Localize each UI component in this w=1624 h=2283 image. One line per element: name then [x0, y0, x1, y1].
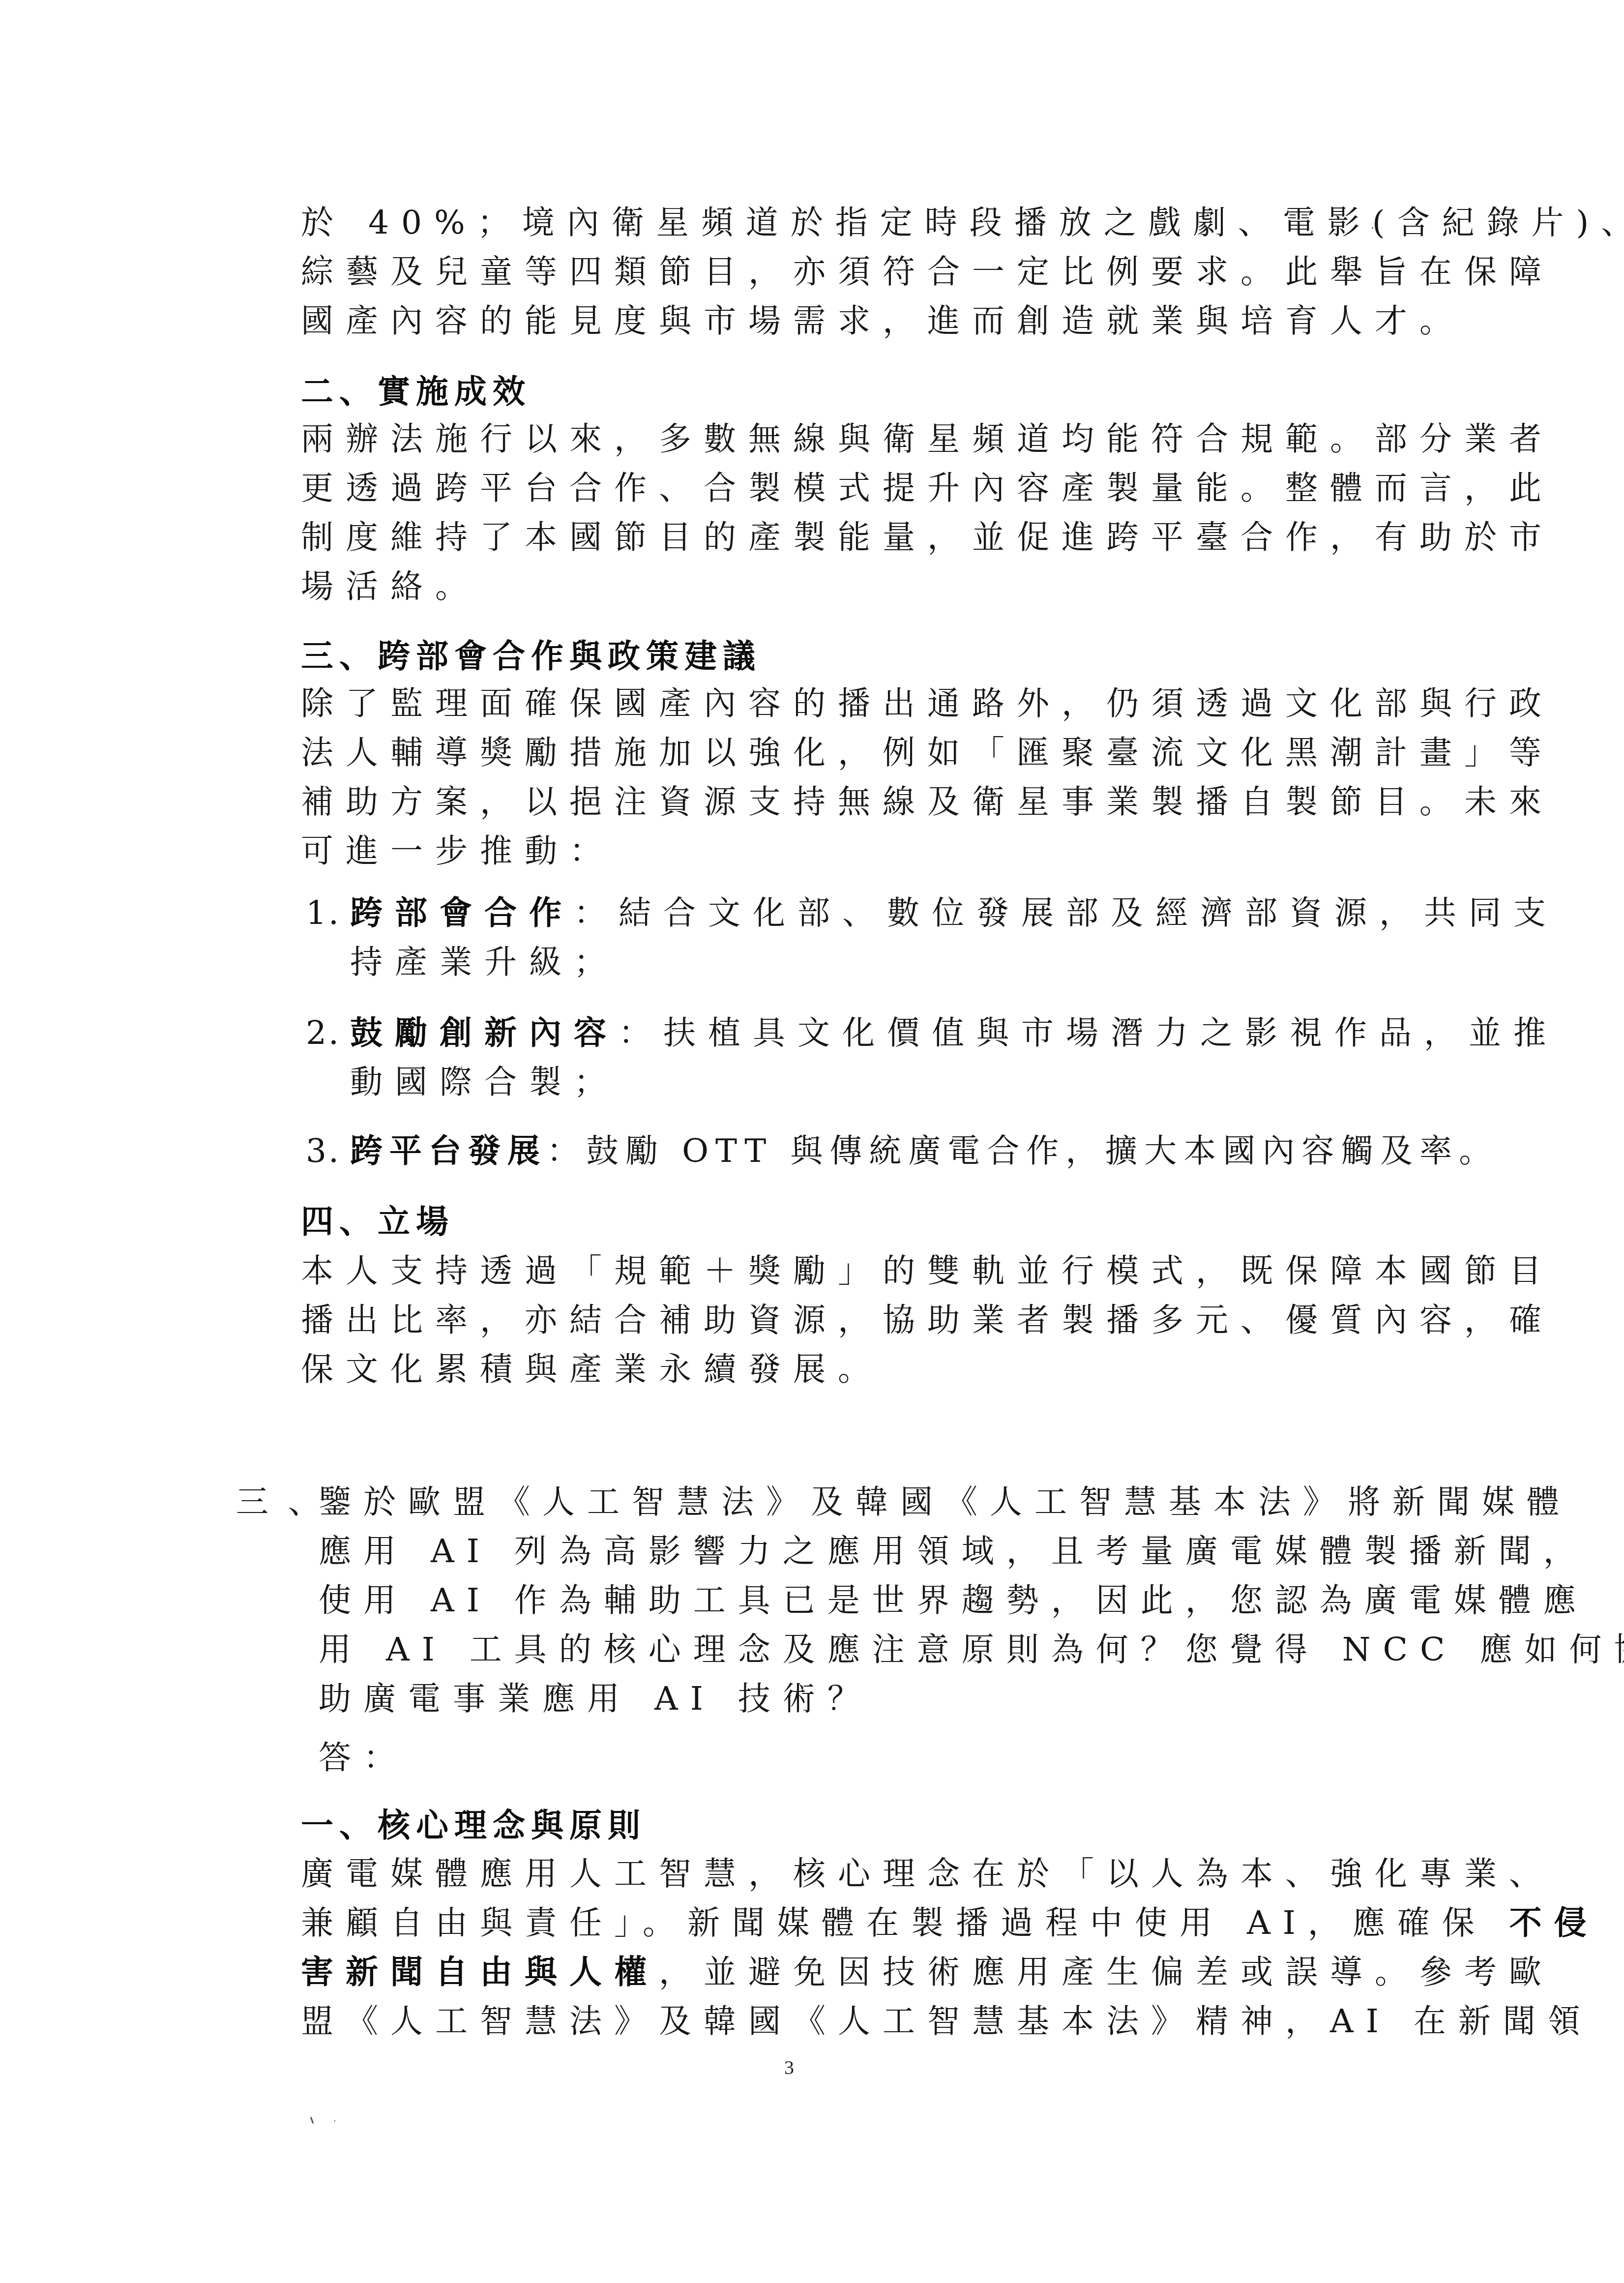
list-item-body: ：鼓勵 OTT 與傳統廣電合作，擴大本國內容觸及率。: [547, 1132, 1498, 1170]
list-item-body: ：結合文化部、數位發展部及經濟部資源，共同支: [574, 894, 1558, 932]
paragraph-line: 制度維持了本國節目的產製能量，並促進跨平臺合作，有助於市: [301, 515, 1554, 560]
list-number: 3.: [306, 1132, 341, 1170]
paragraph-line: 兩辦法施行以來，多數無線與衛星頻道均能符合規範。部分業者: [301, 417, 1554, 461]
scan-speck: [334, 2120, 335, 2122]
paragraph-text: 兼顧自由與責任」。新聞媒體在製播過程中使用 AI，應確保: [301, 1904, 1509, 1942]
list-item: 3.: [306, 1129, 341, 1173]
list-item-title: 鼓勵創新內容: [350, 1014, 619, 1052]
paragraph-line: 法人輔導獎勵措施加以強化，例如「匯聚臺流文化黑潮計畫」等: [301, 731, 1554, 775]
answer-label: 答：: [319, 1736, 408, 1780]
paragraph-line: 補助方案，以挹注資源支持無線及衛星事業製播自製節目。未來: [301, 780, 1554, 824]
paragraph-line: 綜藝及兒童等四類節目，亦須符合一定比例要求。此舉旨在保障: [301, 250, 1554, 294]
list-item-text: 跨平台發展：鼓勵 OTT 與傳統廣電合作，擴大本國內容觸及率。: [350, 1129, 1498, 1173]
paragraph-line: 可進一步推動：: [301, 829, 614, 873]
question-line: 應用 AI 列為高影響力之應用領域，且考量廣電媒體製播新聞，: [319, 1529, 1588, 1573]
page-number: 3: [784, 2055, 794, 2080]
paragraph-line: 廣電媒體應用人工智慧，核心理念在於「以人為本、強化專業、: [301, 1852, 1554, 1896]
question-line: 使用 AI 作為輔助工具已是世界趨勢，因此，您認為廣電媒體應: [319, 1578, 1588, 1623]
paragraph-line: 保文化累積與產業永續發展。: [301, 1347, 883, 1392]
paragraph-line: 除了監理面確保國產內容的播出通路外，仍須透過文化部與行政: [301, 682, 1554, 726]
emphasis-text: 害新聞自由與人權: [301, 1953, 659, 1991]
list-item-body: ：扶植具文化價值與市場潛力之影視作品，並推: [619, 1014, 1558, 1052]
document-page: 於 40%；境內衛星頻道於指定時段播放之戲劇、電影(含紀錄片)、 綜藝及兒童等四…: [0, 0, 1624, 2283]
list-item-title: 跨平台發展: [350, 1132, 547, 1170]
list-item-continuation: 持產業升級；: [350, 940, 619, 984]
list-item: 2.: [306, 1011, 341, 1055]
question-line: 用 AI 工具的核心理念及應注意原則為何？您覺得 NCC 應如何協: [319, 1628, 1624, 1672]
question-line: 鑒於歐盟《人工智慧法》及韓國《人工智慧基本法》將新聞媒體: [319, 1480, 1571, 1524]
paragraph-line: 盟《人工智慧法》及韓國《人工智慧基本法》精神，AI 在新聞領: [301, 1999, 1593, 2044]
paragraph-line: 本人支持透過「規範＋獎勵」的雙軌並行模式，既保障本國節目: [301, 1249, 1554, 1293]
paragraph-line: 更透過跨平台合作、合製模式提升內容產製量能。整體而言，此: [301, 466, 1554, 510]
section-heading-position: 四、立場: [301, 1200, 454, 1244]
list-number: 2.: [306, 1014, 341, 1052]
section-heading-core-principles: 一、核心理念與原則: [301, 1804, 646, 1848]
paragraph-line: 於 40%；境內衛星頻道於指定時段播放之戲劇、電影(含紀錄片)、: [301, 201, 1624, 245]
section-heading-implementation-results: 二、實施成效: [301, 370, 531, 414]
paragraph-line: 國產內容的能見度與市場需求，進而創造就業與培育人才。: [301, 299, 1464, 343]
scan-speck: [1372, 227, 1373, 229]
paragraph-line: 害新聞自由與人權，並避免因技術應用產生偏差或誤導。參考歐: [301, 1950, 1554, 1994]
paragraph-line: 播出比率，亦結合補助資源，協助業者製播多元、優質內容，確: [301, 1298, 1554, 1342]
emphasis-text: 不侵: [1509, 1904, 1599, 1942]
section-heading-cross-ministry: 三、跨部會合作與政策建議: [301, 634, 761, 679]
scan-speck: [310, 2117, 314, 2124]
paragraph-line: 兼顧自由與責任」。新聞媒體在製播過程中使用 AI，應確保 不侵: [301, 1901, 1599, 1945]
paragraph-line: 場活絡。: [301, 564, 480, 609]
question-line: 助廣電事業應用 AI 技術？: [319, 1677, 872, 1721]
list-item-text: 鼓勵創新內容：扶植具文化價值與市場潛力之影視作品，並推: [350, 1011, 1558, 1055]
list-item-text: 跨部會合作：結合文化部、數位發展部及經濟部資源，共同支: [350, 891, 1558, 935]
list-item: 1.: [306, 891, 341, 935]
list-item-continuation: 動國際合製；: [350, 1060, 619, 1104]
list-item-title: 跨部會合作: [350, 894, 574, 932]
list-number: 1.: [306, 894, 341, 932]
paragraph-text: ，並避免因技術應用產生偏差或誤導。參考歐: [659, 1953, 1554, 1991]
